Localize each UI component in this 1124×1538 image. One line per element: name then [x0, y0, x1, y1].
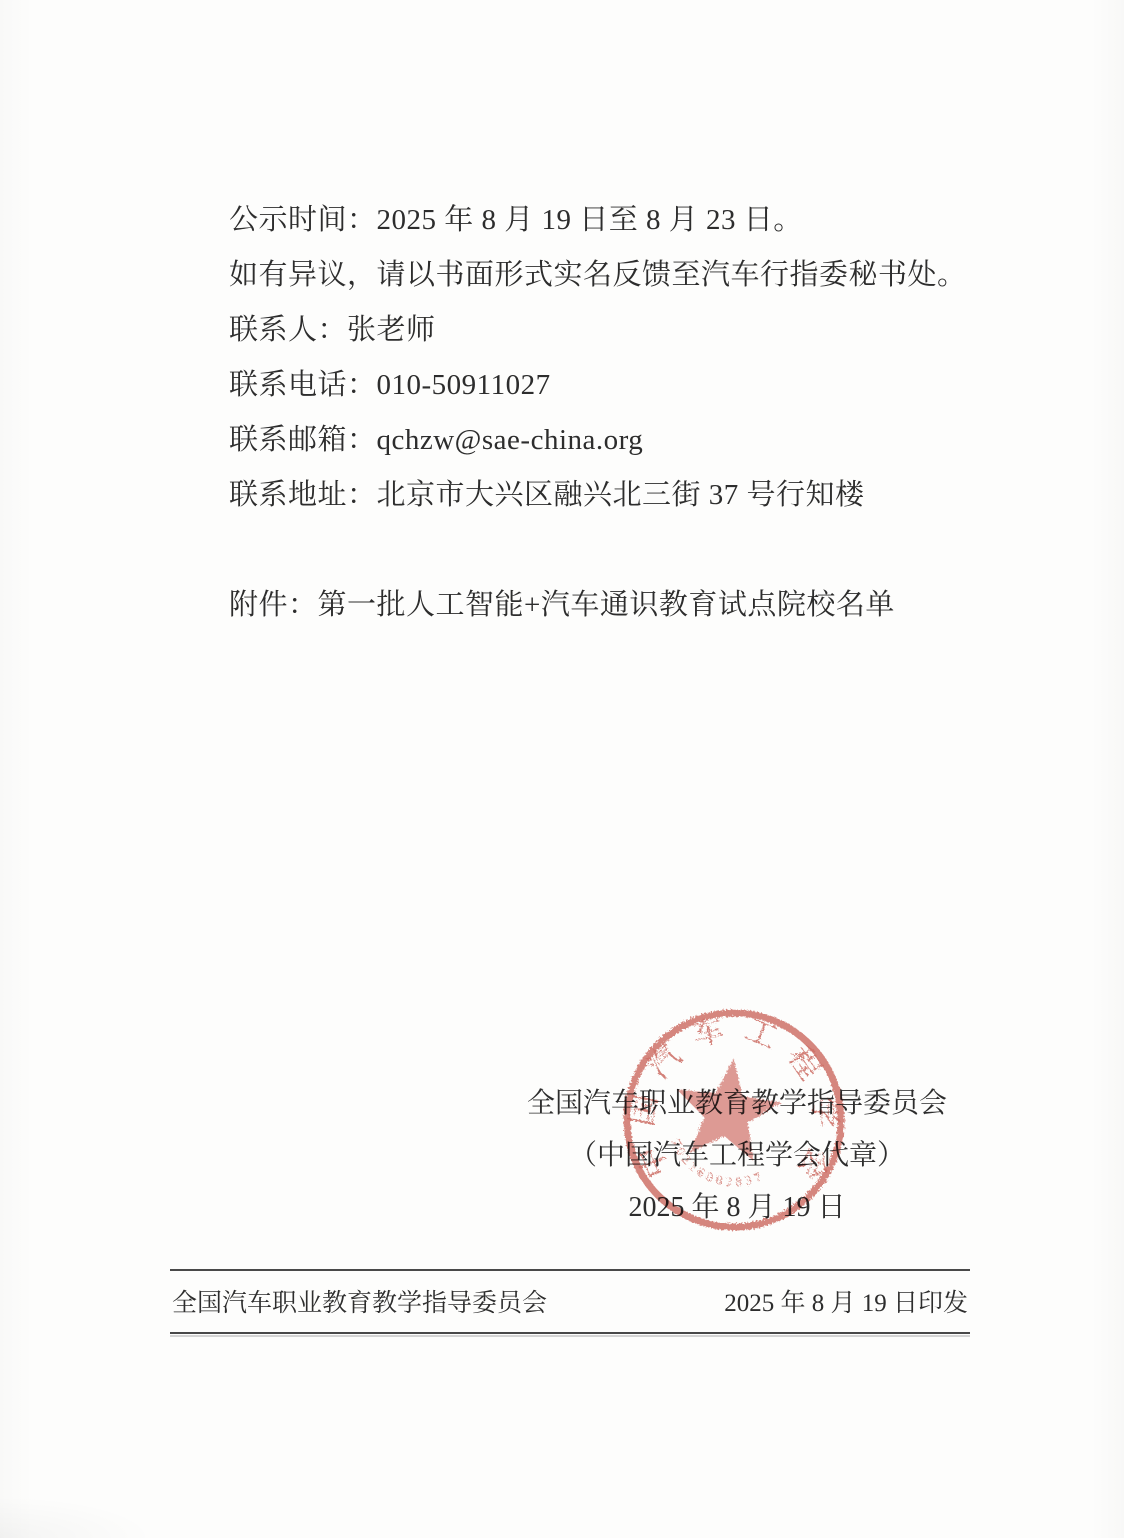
- footer: 全国汽车职业教育教学指导委员会 2025 年 8 月 19 日印发: [170, 1269, 970, 1271]
- footer-rule-bottom: [170, 1332, 970, 1334]
- signature-on-behalf: （中国汽车工程学会代章）: [437, 1130, 1037, 1182]
- body-line: 联系人：张老师: [229, 303, 989, 358]
- body-line: 联系电话：010-50911027: [229, 358, 989, 413]
- signature-date: 2025 年 8 月 19 日: [437, 1182, 1037, 1234]
- body-line: 公示时间：2025 年 8 月 19 日至 8 月 23 日。: [229, 193, 989, 248]
- body-line: 联系地址：北京市大兴区融兴北三街 37 号行知楼: [229, 468, 989, 523]
- signature-org: 全国汽车职业教育教学指导委员会: [437, 1078, 1037, 1130]
- attachment-line: 附件：第一批人工智能+汽车通识教育试点院校名单: [229, 578, 989, 633]
- document-page: 公示时间：2025 年 8 月 19 日至 8 月 23 日。 如有异议，请以书…: [0, 0, 1124, 1538]
- body-line: 如有异议，请以书面形式实名反馈至汽车行指委秘书处。: [229, 248, 989, 303]
- body-line: 联系邮箱：qchzw@sae-china.org: [229, 413, 989, 468]
- footer-rule-top: [170, 1269, 970, 1271]
- signature-block: 全国汽车职业教育教学指导委员会 （中国汽车工程学会代章） 2025 年 8 月 …: [437, 1078, 1037, 1234]
- footer-issue-date: 2025 年 8 月 19 日印发: [724, 1289, 968, 1319]
- footer-issuer: 全国汽车职业教育教学指导委员会: [172, 1289, 547, 1319]
- letter-body: 公示时间：2025 年 8 月 19 日至 8 月 23 日。 如有异议，请以书…: [229, 193, 989, 633]
